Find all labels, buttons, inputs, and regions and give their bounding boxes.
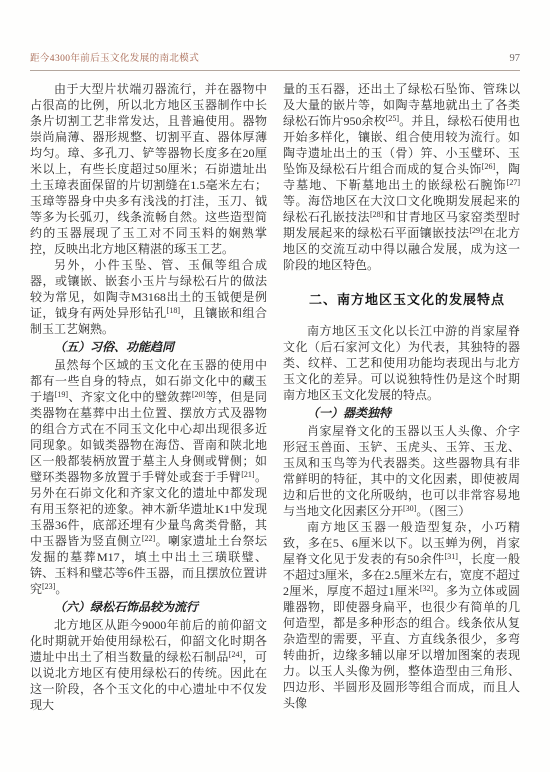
paragraph-turquoise-tradition: 北方地区从距今9000年前后的前仰韶文化时期就开始使用绿松石，仰韶文化时期各遗址… bbox=[30, 617, 267, 713]
section-heading-southern-jade-culture: 二、南方地区玉文化的发展特点 bbox=[283, 292, 520, 308]
running-title: 距今4300年前后玉文化发展的南北模式 bbox=[30, 50, 199, 64]
paper-page: 距今4300年前后玉文化发展的南北模式 97 由于大型片状端刃器流行，并在器物中… bbox=[0, 0, 550, 772]
sub-heading-turquoise-ornaments: （六）绿松石饰品较为流行 bbox=[30, 599, 267, 615]
right-column: 量的玉石器，还出土了绿松石坠饰、管珠以及大量的嵌片等，如陶寺墓地就出土了各类绿松… bbox=[283, 81, 520, 713]
paragraph-southern-overview: 南方地区玉文化以长江中游的肖家屋脊文化（后石家河文化）为代表，其独特的器类、纹样… bbox=[283, 323, 520, 403]
paragraph-turquoise-tradition-cont: 量的玉石器，还出土了绿松石坠饰、管珠以及大量的嵌片等，如陶寺墓地就出土了各类绿松… bbox=[283, 81, 520, 273]
paragraph-inlay-combination: 另外，小件玉坠、管、玉佩等组合成器，或镶嵌、嵌套小玉片与绿松石片的做法较为常见，… bbox=[30, 257, 267, 337]
paragraph-representative-types: 肖家屋脊文化的玉器以玉人头像、介字形冠玉兽面、玉铲、玉虎头、玉笄、玉龙、玉凤和玉… bbox=[283, 423, 520, 519]
left-column: 由于大型片状端刃器流行，并在器物中占很高的比例，所以北方地区玉器制作中长条片切割… bbox=[30, 81, 267, 713]
page-number: 97 bbox=[510, 53, 521, 64]
header-rule bbox=[30, 70, 520, 71]
paragraph-southern-style: 南方地区玉器一般造型复杂，小巧精致，多在5、6厘米以下。以玉蝉为例，肖家屋脊文化… bbox=[283, 519, 520, 711]
sub-heading-unique-types: （一）器类独特 bbox=[283, 405, 520, 421]
paragraph-craft-tradition: 由于大型片状端刃器流行，并在器物中占很高的比例，所以北方地区玉器制作中长条片切割… bbox=[30, 81, 267, 257]
sub-heading-customs-functions: （五）习俗、功能趋同 bbox=[30, 339, 267, 355]
page-header: 距今4300年前后玉文化发展的南北模式 97 bbox=[30, 50, 520, 64]
text-columns: 由于大型片状端刃器流行，并在器物中占很高的比例，所以北方地区玉器制作中长条片切割… bbox=[30, 81, 520, 713]
paragraph-burial-customs: 虽然每个区域的玉文化在玉器的使用中都有一些自身的特点，如石峁文化中的藏玉于墙[1… bbox=[30, 357, 267, 597]
